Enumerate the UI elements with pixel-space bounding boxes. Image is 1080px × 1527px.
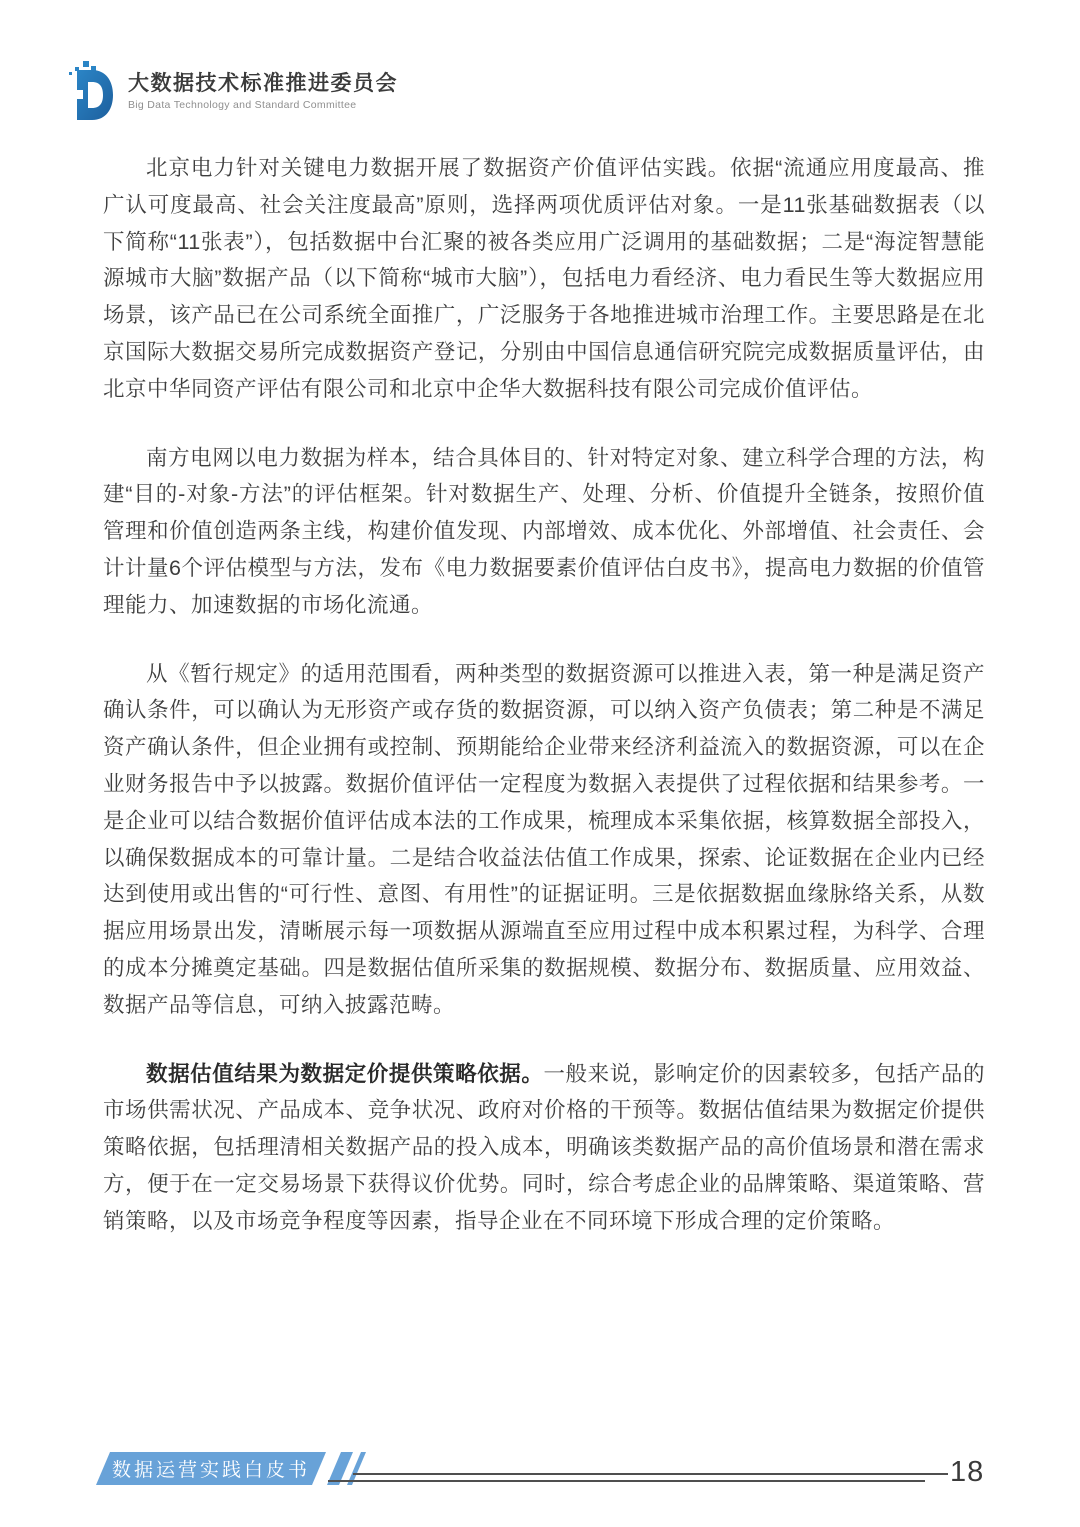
header: 大数据技术标准推进委员会 Big Data Technology and Sta… bbox=[66, 60, 398, 122]
paragraph-text: 北京电力针对关键电力数据开展了数据资产价值评估实践。依据“流通应用度最高、推广认… bbox=[103, 156, 985, 401]
committee-logo-d-icon bbox=[66, 60, 116, 122]
paragraph-text: 一般来说，影响定价的因素较多，包括产品的市场供需状况、产品成本、竞争状况、政府对… bbox=[103, 1062, 985, 1233]
paragraph-text: 从《暂行规定》的适用范围看，两种类型的数据资源可以推进入表，第一种是满足资产确认… bbox=[103, 662, 985, 1017]
document-body: 北京电力针对关键电力数据开展了数据资产价值评估实践。依据“流通应用度最高、推广认… bbox=[103, 150, 985, 1272]
paragraph-lead-bold: 数据估值结果为数据定价提供策略依据。 bbox=[146, 1062, 543, 1086]
footer-banner: 数据运营实践白皮书 bbox=[96, 1452, 326, 1485]
logo-title: 大数据技术标准推进委员会 bbox=[128, 71, 398, 97]
paragraph-provisional-rules: 从《暂行规定》的适用范围看，两种类型的数据资源可以推进入表，第一种是满足资产确认… bbox=[103, 656, 985, 1024]
footer-rule-top bbox=[353, 1473, 948, 1475]
paragraph-southern-grid: 南方电网以电力数据为样本，结合具体目的、针对特定对象、建立科学合理的方法，构建“… bbox=[103, 440, 985, 624]
footer-banner-label: 数据运营实践白皮书 bbox=[112, 1455, 310, 1482]
page-number: 18 bbox=[950, 1456, 1010, 1489]
logo-subtitle: Big Data Technology and Standard Committ… bbox=[128, 99, 398, 111]
footer-rule-bottom bbox=[328, 1480, 925, 1482]
paragraph-text: 南方电网以电力数据为样本，结合具体目的、针对特定对象、建立科学合理的方法，构建“… bbox=[103, 446, 985, 617]
logo-text: 大数据技术标准推进委员会 Big Data Technology and Sta… bbox=[128, 71, 398, 111]
paragraph-pricing-strategy: 数据估值结果为数据定价提供策略依据。一般来说，影响定价的因素较多，包括产品的市场… bbox=[103, 1056, 985, 1240]
document-page: 大数据技术标准推进委员会 Big Data Technology and Sta… bbox=[0, 0, 1080, 1527]
paragraph-beijing-power: 北京电力针对关键电力数据开展了数据资产价值评估实践。依据“流通应用度最高、推广认… bbox=[103, 150, 985, 408]
